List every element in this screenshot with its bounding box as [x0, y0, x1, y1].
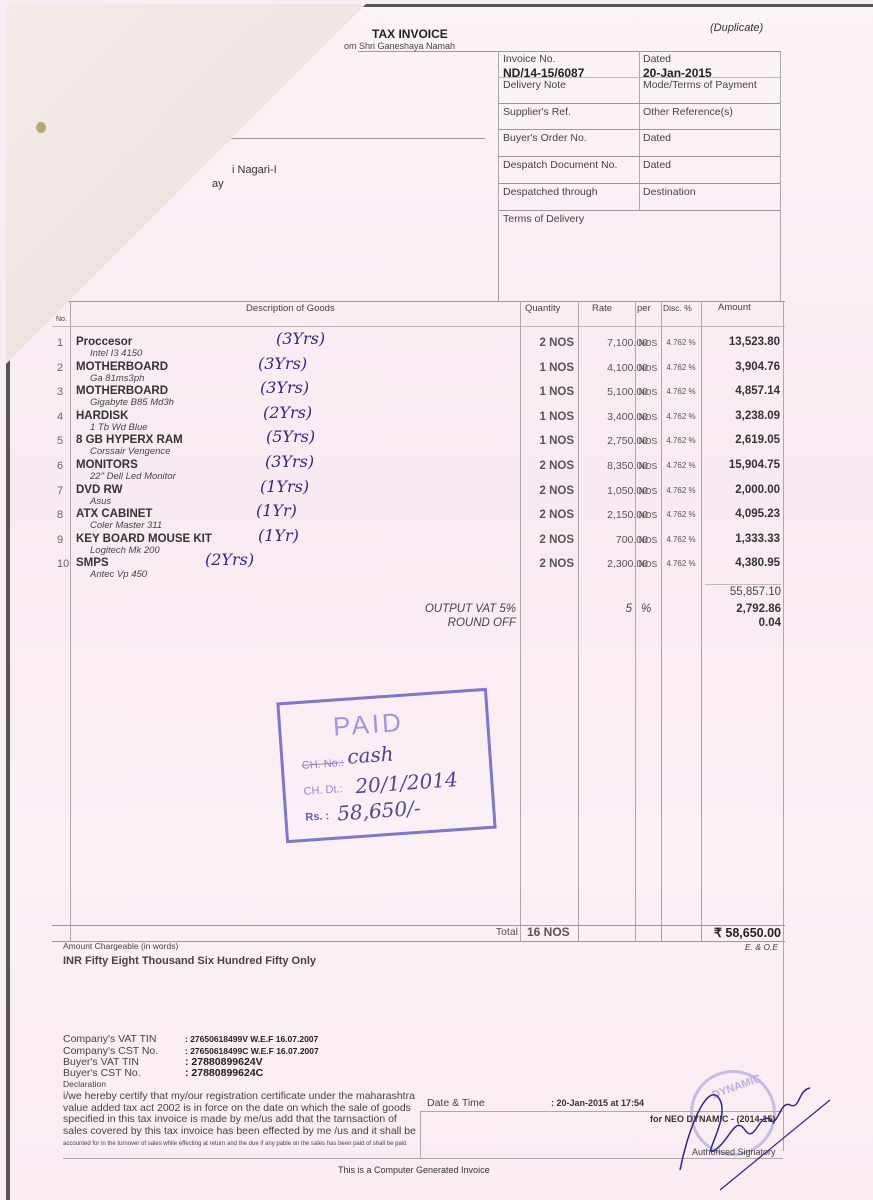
- company-vat-tin: : 27650618499V W.E.F 16.07.2007: [185, 1034, 318, 1044]
- divider: [498, 103, 780, 104]
- item-amount: 4,095.23: [702, 508, 780, 520]
- buyer-cst-label: Buyer's CST No.: [63, 1067, 141, 1079]
- item-discount: 4.762 %: [658, 486, 704, 495]
- item-amount: 2,000.00: [702, 484, 780, 496]
- item-number: 6: [57, 460, 63, 472]
- item-number: 9: [57, 534, 63, 546]
- payment-terms-label: Mode/Terms of Payment: [643, 79, 757, 91]
- handwritten-warranty-note: (1Yr): [256, 501, 297, 520]
- round-off-label: ROUND OFF: [360, 617, 516, 629]
- subtotal: 55,857.10: [705, 586, 781, 598]
- item-discount: 4.762 %: [658, 559, 704, 568]
- stamp-cheque-no-value: cash: [346, 742, 394, 769]
- stain: [36, 122, 46, 133]
- header-no: No.: [56, 316, 67, 323]
- item-number: 10: [57, 558, 69, 570]
- header-rate: Rate: [592, 303, 612, 314]
- divider: [420, 1111, 421, 1158]
- vat-amount: 2,792.86: [705, 603, 781, 615]
- header-description: Description of Goods: [246, 303, 335, 314]
- generated-note: This is a Computer Generated Invoice: [338, 1165, 490, 1175]
- invoice-no-label: Invoice No.: [503, 53, 556, 65]
- item-name: HARDISK: [76, 410, 128, 422]
- amount-words-label: Amount Chargeable (in words): [63, 941, 178, 951]
- handwritten-warranty-note: (3Yrs): [258, 354, 307, 373]
- item-per: NOS: [636, 387, 660, 397]
- handwritten-warranty-note: (2Yrs): [263, 403, 312, 422]
- item-quantity: 1 NOS: [530, 362, 574, 374]
- item-number: 1: [57, 337, 63, 349]
- table-top-border: [52, 301, 785, 302]
- item-name: MONITORS: [76, 459, 138, 471]
- item-quantity: 2 NOS: [530, 534, 574, 546]
- table-row: 6MONITORS22" Dell Led Monitor2 NOS8,350.…: [52, 456, 787, 481]
- item-number: 2: [57, 362, 63, 374]
- datetime-value: : 20-Jan-2015 at 17:54: [551, 1098, 644, 1108]
- item-per: NOS: [636, 559, 660, 569]
- stamp-title: PAID: [332, 707, 405, 743]
- item-discount: 4.762 %: [658, 535, 704, 544]
- item-discount: 4.762 %: [658, 338, 704, 347]
- handwritten-warranty-note: (3Yrs): [276, 329, 325, 348]
- item-name: MOTHERBOARD: [76, 385, 168, 397]
- copy-label: (Duplicate): [710, 22, 763, 34]
- round-off-amount: 0.04: [705, 617, 781, 629]
- invoice-title: TAX INVOICE: [372, 27, 448, 41]
- item-per: NOS: [636, 436, 660, 446]
- item-discount: 4.762 %: [658, 412, 704, 421]
- declaration-body: i/we hereby certify that my/our registra…: [63, 1090, 416, 1137]
- stamp-cheque-no-label: CH. No.:: [301, 757, 344, 772]
- item-name: MOTHERBOARD: [76, 361, 168, 373]
- total-quantity: 16 NOS: [527, 925, 570, 939]
- divider: [639, 51, 640, 211]
- handwritten-warranty-note: (3Yrs): [265, 452, 314, 471]
- divider: [498, 210, 780, 211]
- destination-label: Destination: [643, 186, 696, 198]
- item-quantity: 1 NOS: [530, 386, 574, 398]
- item-discount: 4.762 %: [658, 510, 704, 519]
- despatch-doc-dated-label: Dated: [643, 159, 671, 171]
- item-number: 5: [57, 435, 63, 447]
- item-detail: Antec Vp 450: [90, 569, 147, 580]
- table-row: 10SMPSAntec Vp 4502 NOS2,300.00NOS4.762 …: [52, 554, 787, 579]
- address-line: ay: [212, 178, 224, 190]
- terms-delivery-label: Terms of Delivery: [503, 213, 584, 225]
- item-amount: 4,380.95: [702, 557, 780, 569]
- item-amount: 3,904.76: [702, 361, 780, 373]
- vat-rate-unit: %: [641, 603, 651, 615]
- handwritten-warranty-note: (2Yrs): [205, 550, 254, 569]
- divider: [358, 51, 781, 52]
- invoice-date: 20-Jan-2015: [643, 66, 712, 80]
- subtotal-line: [705, 584, 781, 585]
- table-header-border: [52, 326, 785, 327]
- item-quantity: 1 NOS: [530, 435, 574, 447]
- stamp-amount-label: Rs. :: [305, 810, 330, 824]
- vat-label: OUTPUT VAT 5%: [360, 603, 516, 615]
- stamp-cheque-date-label: CH. Dt.:: [303, 783, 343, 798]
- item-amount: 13,523.80: [702, 336, 780, 348]
- table-row: 9KEY BOARD MOUSE KITLogitech Mk 2002 NOS…: [52, 530, 787, 555]
- item-per: NOS: [636, 363, 660, 373]
- invoice-no: ND/14-15/6087: [503, 66, 584, 80]
- item-name: Proccesor: [76, 336, 132, 348]
- buyer-cst: : 27880899624C: [185, 1067, 263, 1079]
- declaration-label: Declaration: [63, 1079, 106, 1089]
- item-amount: 1,333.33: [702, 533, 780, 545]
- signature: [660, 1060, 840, 1200]
- declaration-text: i/we hereby certify that my/our registra…: [63, 1091, 418, 1149]
- table-row: 8ATX CABINETColer Master 3112 NOS2,150.0…: [52, 505, 787, 530]
- item-per: NOS: [636, 510, 660, 520]
- item-quantity: 1 NOS: [530, 411, 574, 423]
- other-ref-label: Other Reference(s): [643, 106, 733, 118]
- item-amount: 4,857.14: [702, 385, 780, 397]
- item-quantity: 2 NOS: [530, 558, 574, 570]
- divider: [215, 138, 485, 139]
- divider: [780, 51, 781, 301]
- item-number: 3: [57, 386, 63, 398]
- item-name: ATX CABINET: [76, 508, 152, 520]
- item-name: KEY BOARD MOUSE KIT: [76, 533, 212, 545]
- item-discount: 4.762 %: [658, 363, 704, 372]
- divider: [498, 129, 780, 130]
- header-amount: Amount: [718, 302, 751, 313]
- item-per: NOS: [636, 461, 660, 471]
- item-quantity: 2 NOS: [530, 337, 574, 349]
- item-quantity: 2 NOS: [530, 485, 574, 497]
- item-discount: 4.762 %: [658, 436, 704, 445]
- item-amount: 15,904.75: [702, 459, 780, 471]
- company-cst: : 27650618499C W.E.F 16.07.2007: [185, 1046, 319, 1056]
- item-quantity: 2 NOS: [530, 460, 574, 472]
- table-row: 1ProccesorIntel I3 41502 NOS7,100.00NOS4…: [52, 333, 787, 358]
- handwritten-warranty-note: (1Yr): [258, 526, 299, 545]
- item-per: NOS: [636, 412, 660, 422]
- table-row: 7DVD RWAsus2 NOS1,050.00NOS4.762 %2,000.…: [52, 481, 787, 506]
- buyer-order-dated-label: Dated: [643, 132, 671, 144]
- item-per: NOS: [636, 338, 660, 348]
- total-amount: ₹ 58,650.00: [703, 925, 781, 940]
- eoe-label: E. & O.E: [745, 942, 778, 952]
- item-name: 8 GB HYPERX RAM: [76, 434, 183, 446]
- divider: [498, 183, 780, 184]
- company-vat-tin-label: Company's VAT TIN: [63, 1033, 156, 1045]
- table-row: 2MOTHERBOARDGa 81ms3ph1 NOS4,100.00NOS4.…: [52, 358, 787, 383]
- handwritten-warranty-note: (5Yrs): [266, 427, 315, 446]
- despatch-doc-label: Despatch Document No.: [503, 159, 617, 171]
- item-quantity: 2 NOS: [530, 509, 574, 521]
- item-name: SMPS: [76, 557, 109, 569]
- total-label: Total: [478, 926, 518, 938]
- item-name: DVD RW: [76, 484, 122, 496]
- table-row: 58 GB HYPERX RAMCorssair Vengence1 NOS2,…: [52, 431, 787, 456]
- datetime-label: Date & Time: [427, 1097, 485, 1109]
- header-quantity: Quantity: [525, 303, 560, 314]
- table-row: 4HARDISK1 Tb Wd Blue1 NOS3,400.00NOS4.76…: [52, 407, 787, 432]
- vat-rate: 5: [610, 603, 632, 615]
- table-row: 3MOTHERBOARDGigabyte B85 Md3h1 NOS5,100.…: [52, 382, 787, 407]
- delivery-note-label: Delivery Note: [503, 79, 566, 91]
- invoice-subtitle: om Shri Ganeshaya Namah: [344, 41, 455, 51]
- item-number: 4: [57, 411, 63, 423]
- header-discount: Disc. %: [663, 303, 692, 313]
- declaration-fine-print: accounted for in the turnover of sales w…: [63, 1141, 406, 1147]
- amount-in-words: INR Fifty Eight Thousand Six Hundred Fif…: [63, 955, 316, 967]
- item-discount: 4.762 %: [658, 387, 704, 396]
- divider: [498, 51, 499, 301]
- item-per: NOS: [636, 535, 660, 545]
- stamp-amount-value: 58,650/-: [336, 796, 421, 826]
- divider: [498, 156, 780, 157]
- item-per: NOS: [636, 486, 660, 496]
- item-amount: 3,238.09: [702, 410, 780, 422]
- item-number: 7: [57, 485, 63, 497]
- handwritten-warranty-note: (3Yrs): [260, 378, 309, 397]
- buyer-order-label: Buyer's Order No.: [503, 132, 587, 144]
- despatched-through-label: Despatched through: [503, 186, 598, 198]
- dated-label: Dated: [643, 53, 671, 65]
- supplier-ref-label: Supplier's Ref.: [503, 106, 571, 118]
- item-amount: 2,619.05: [702, 434, 780, 446]
- header-per: per: [637, 303, 651, 314]
- handwritten-warranty-note: (1Yrs): [260, 477, 309, 496]
- paid-stamp: PAID CH. No.: cash CH. Dt.: 20/1/2014 Rs…: [276, 688, 496, 843]
- table-total-border: [52, 925, 785, 926]
- address-line: i Nagari-I: [232, 164, 277, 176]
- item-discount: 4.762 %: [658, 461, 704, 470]
- item-number: 8: [57, 509, 63, 521]
- stamp-cheque-date-value: 20/1/2014: [355, 767, 459, 798]
